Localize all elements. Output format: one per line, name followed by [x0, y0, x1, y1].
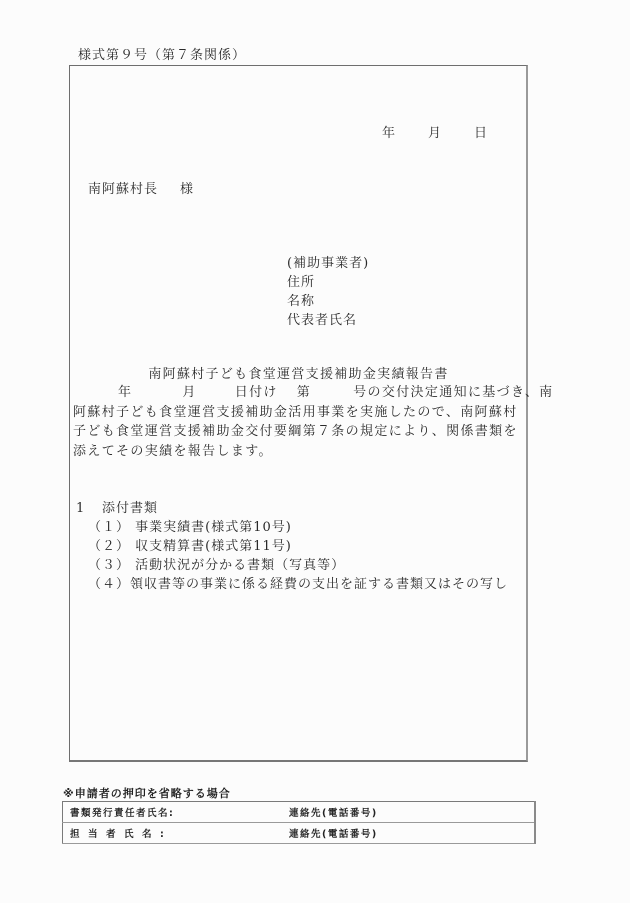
date-line: 年月日	[382, 124, 487, 144]
body-month-label: 月	[182, 383, 196, 403]
table-row: 書類発行責任者氏名: 連絡先(電話番号)	[63, 802, 536, 823]
staff-contact-label: 連絡先(電話番号)	[289, 829, 378, 840]
seal-omission-table: 書類発行責任者氏名: 連絡先(電話番号) 担当者氏名: 連絡先(電話番号)	[62, 801, 536, 844]
staff-name-field[interactable]: 担当者氏名:	[63, 823, 283, 844]
body-line-1-rest: 号の交付決定通知に基づき、南	[353, 383, 553, 403]
table-row: 担当者氏名: 連絡先(電話番号)	[63, 823, 536, 844]
issuer-name-label: 書類発行責任者氏名:	[70, 808, 174, 819]
attachment-item: （３） 活動状況が分かる書類（写真等）	[76, 556, 508, 575]
attachment-item: （４）領収書等の事業に係る経費の支出を証する書類又はその写し	[76, 575, 508, 594]
report-body: 年月日付け第号の交付決定通知に基づき、南 阿蘇村子ども食堂運営支援補助金活用事業…	[73, 383, 526, 461]
issuer-contact-label: 連絡先(電話番号)	[289, 808, 378, 819]
report-body-line-2: 阿蘇村子ども食堂運営支援補助金活用事業を実施したので、南阿蘇村	[73, 403, 526, 423]
applicant-name-label: 名称	[287, 292, 369, 311]
seal-omission-note: ※申請者の押印を省略する場合	[63, 785, 231, 801]
applicant-address-label: 住所	[287, 273, 369, 292]
attachments-heading: 1添付書類	[76, 499, 508, 518]
date-day-label: 日	[474, 124, 487, 144]
staff-name-label: 担当者氏名:	[70, 829, 172, 840]
attachments-heading-label: 添付書類	[102, 501, 158, 516]
report-body-line-4: 添えてその実績を報告します。	[73, 442, 526, 462]
applicant-block: (補助事業者) 住所 名称 代表者氏名	[287, 254, 369, 330]
addressee-honorific: 様	[180, 182, 194, 197]
applicant-heading: (補助事業者)	[287, 254, 369, 273]
attachment-item: （２） 収支精算書(様式第11号)	[76, 537, 508, 556]
date-year-label: 年	[382, 124, 428, 144]
addressee-name: 南阿蘇村長	[88, 182, 158, 197]
body-year-label: 年	[118, 383, 132, 403]
report-body-line-1: 年月日付け第号の交付決定通知に基づき、南	[73, 383, 526, 403]
form-number-label: 様式第９号（第７条関係）	[78, 46, 246, 66]
document-title: 南阿蘇村子ども食堂運営支援補助金実績報告書	[69, 365, 528, 385]
addressee: 南阿蘇村長様	[88, 180, 194, 200]
body-dated-label: 日付け	[235, 383, 278, 403]
report-body-line-3: 子ども食堂運営支援補助金交付要綱第７条の規定により、関係書類を	[73, 422, 526, 442]
attachments-section: 1添付書類 （１） 事業実績書(様式第10号) （２） 収支精算書(様式第11号…	[76, 499, 508, 594]
attachments-number: 1	[76, 499, 102, 518]
staff-contact-field[interactable]: 連絡先(電話番号)	[282, 823, 535, 844]
issuer-contact-field[interactable]: 連絡先(電話番号)	[282, 802, 535, 823]
applicant-representative-label: 代表者氏名	[287, 311, 369, 330]
body-number-prefix: 第	[297, 383, 311, 403]
attachment-item: （１） 事業実績書(様式第10号)	[76, 518, 508, 537]
date-month-label: 月	[428, 124, 474, 144]
issuer-name-field[interactable]: 書類発行責任者氏名:	[63, 802, 283, 823]
